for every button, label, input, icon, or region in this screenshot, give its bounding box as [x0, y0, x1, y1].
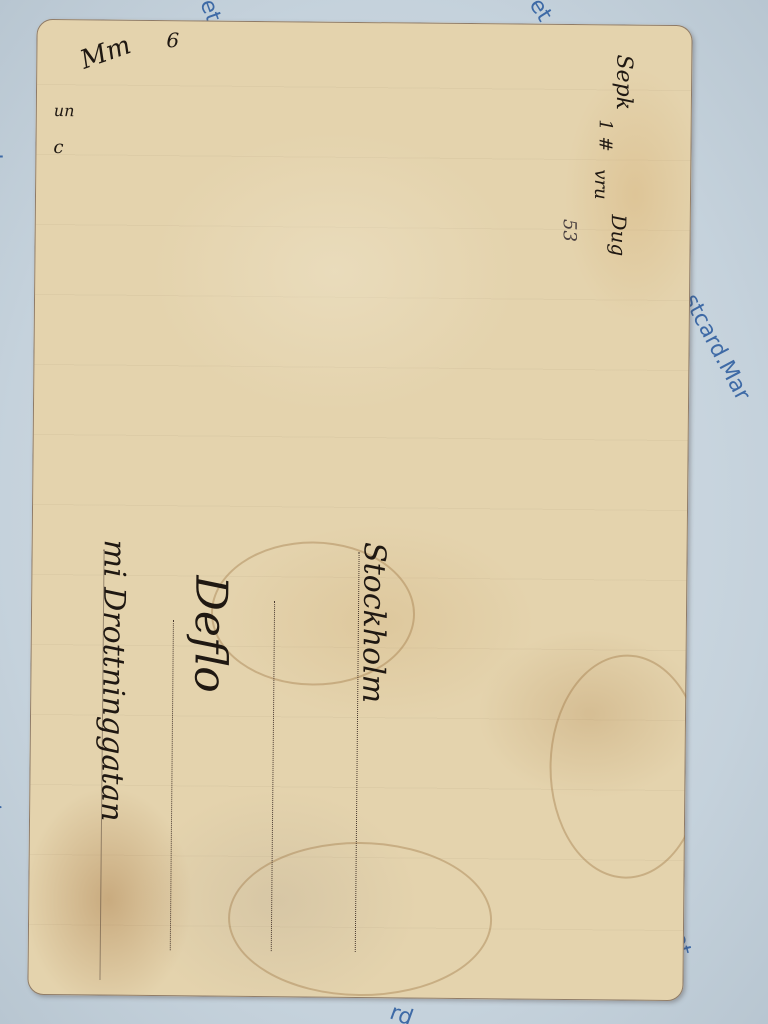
- handwriting-note: c: [53, 137, 63, 158]
- postcard: 6 Mm un c Sepk 1 # vru Dug 53 Stockholm …: [27, 19, 692, 1001]
- handwriting-date: 1 #: [594, 119, 615, 151]
- handwriting-note: 6: [166, 28, 179, 52]
- handwriting-number: 53: [559, 219, 580, 242]
- watermark-text: et: [0, 140, 6, 162]
- handwriting-date: Dug: [606, 214, 630, 256]
- handwriting-date: vru: [590, 169, 611, 200]
- address-street: mi Drottninggatan: [94, 539, 132, 821]
- handwriting-date: Sepk: [611, 54, 637, 110]
- address-name: Deflo: [184, 575, 236, 693]
- address-city: Stockholm: [355, 542, 392, 703]
- handwriting-note: un: [54, 101, 75, 120]
